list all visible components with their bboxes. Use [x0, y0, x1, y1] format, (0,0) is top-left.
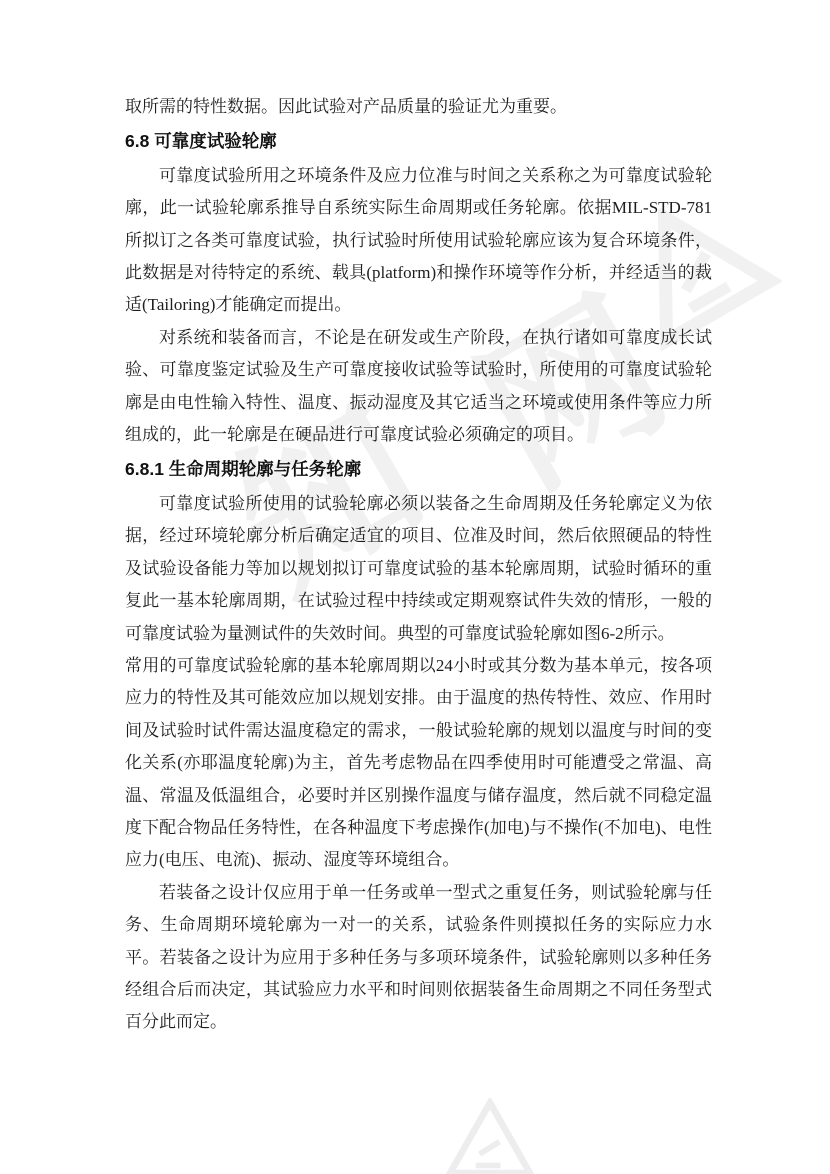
body-paragraph: 可靠度试验所使用的试验轮廓必须以装备之生命周期及任务轮廓定义为依据，经过环境轮廓… — [125, 488, 712, 650]
watermark-triangle-logo-partial-icon — [402, 1098, 578, 1174]
body-paragraph: 对系统和装备而言，不论是在研发或生产阶段，在执行诸如可靠度成长试验、可靠度鉴定试… — [125, 322, 712, 452]
body-paragraph: 若装备之设计仅应用于单一任务或单一型式之重复任务，则试验轮廓与任务、生命周期环境… — [125, 877, 712, 1039]
body-paragraph: 可靠度试验所用之环境条件及应力位准与时间之关系称之为可靠度试验轮廓，此一试验轮廓… — [125, 160, 712, 322]
section-heading: 6.8.1 生命周期轮廓与任务轮廓 — [125, 453, 712, 485]
body-paragraph: 常用的可靠度试验轮廓的基本轮廓周期以24小时或其分数为基本单元，按各项应力的特性… — [125, 650, 712, 877]
section-heading: 6.8 可靠度试验轮廓 — [125, 125, 712, 157]
body-paragraph: 取所需的特性数据。因此试验对产品质量的验证尤为重要。 — [125, 91, 712, 123]
document-page: 知 网 取所需的特性数据。因此试验对产品质量的验证尤为重要。6.8 可靠度试验轮… — [0, 0, 830, 1174]
document-blocks: 取所需的特性数据。因此试验对产品质量的验证尤为重要。6.8 可靠度试验轮廓可靠度… — [125, 91, 712, 1039]
